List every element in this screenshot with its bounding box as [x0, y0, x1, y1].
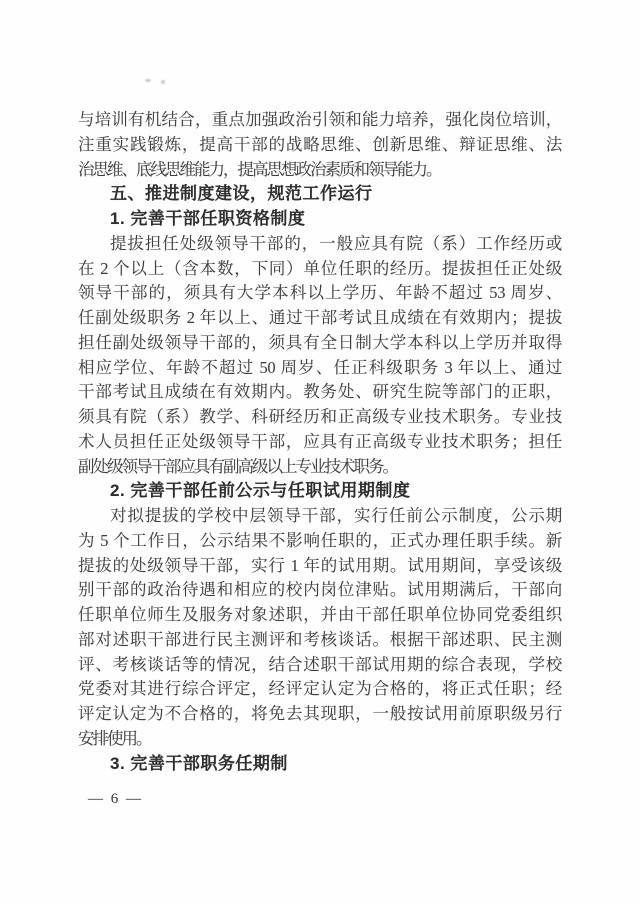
text-line: 治思维、底线思维能力，提高思想政治素质和领导能力。 [78, 158, 562, 183]
text-line: 评定认定为不合格的，将免去其现职，一般按试用前原职级另行 [78, 702, 562, 727]
text-line: 相应学位、年龄不超过 50 周岁、任正科级职务 3 年以上、通过 [78, 356, 562, 381]
text-line: 副处级领导干部应具有副高级以上专业技术职务。 [78, 455, 562, 480]
text-line: 担任副处级领导干部的，须具有全日制大学本科以上学历并取得 [78, 331, 562, 356]
text-line: 为 5 个工作日，公示结果不影响任职的，正式办理任职手续。新 [78, 529, 562, 554]
section-heading: 五、推进制度建设，规范工作运行 [78, 182, 562, 207]
text-line: 提拔担任处级领导干部的，一般应具有院（系）工作经历或 [78, 232, 562, 257]
text-line: 评、考核谈话等的情况，结合述职干部试用期的综合表现，学校 [78, 653, 562, 678]
section-heading: 1. 完善干部任职资格制度 [78, 207, 562, 232]
page-number: — 6 — [88, 791, 143, 808]
text-line: 任职单位师生及服务对象述职，并由干部任职单位协同党委组织 [78, 603, 562, 628]
text-line: 任副处级职务 2 年以上、通过干部考试且成绩在有效期内；提拔 [78, 306, 562, 331]
document-page: 与培训有机结合，重点加强政治引领和能力培养，强化岗位培训，注重实践锻炼，提高干部… [0, 0, 639, 903]
scan-artifact [161, 80, 165, 84]
text-line: 干部考试且成绩在有效期内。教务处、研究生院等部门的正职， [78, 380, 562, 405]
text-line: 注重实践锻炼，提高干部的战略思维、创新思维、辩证思维、法 [78, 133, 562, 158]
document-body: 与培训有机结合，重点加强政治引领和能力培养，强化岗位培训，注重实践锻炼，提高干部… [78, 108, 562, 776]
section-heading: 2. 完善干部任前公示与任职试用期制度 [78, 479, 562, 504]
text-line: 与培训有机结合，重点加强政治引领和能力培养，强化岗位培训， [78, 108, 562, 133]
text-line: 须具有院（系）教学、科研经历和正高级专业技术职务。专业技 [78, 405, 562, 430]
text-line: 术人员担任正处级领导干部，应具有正高级专业技术职务；担任 [78, 430, 562, 455]
text-line: 领导干部的，须具有大学本科以上学历、年龄不超过 53 周岁、 [78, 281, 562, 306]
text-line: 部对述职干部进行民主测评和考核谈话。根据干部述职、民主测 [78, 628, 562, 653]
scan-artifact [145, 79, 151, 82]
text-line: 对拟提拔的学校中层领导干部，实行任前公示制度，公示期 [78, 504, 562, 529]
text-line: 在 2 个以上（含本数，下同）单位任职的经历。提拔担任正处级 [78, 257, 562, 282]
text-line: 党委对其进行综合评定，经评定认定为合格的，将正式任职；经 [78, 677, 562, 702]
section-heading: 3. 完善干部职务任期制 [78, 752, 562, 777]
text-line: 安排使用。 [78, 727, 562, 752]
text-line: 别干部的政治待遇和相应的校内岗位津贴。试用期满后，干部向 [78, 578, 562, 603]
text-line: 提拔的处级领导干部，实行 1 年的试用期。试用期间，享受该级 [78, 554, 562, 579]
